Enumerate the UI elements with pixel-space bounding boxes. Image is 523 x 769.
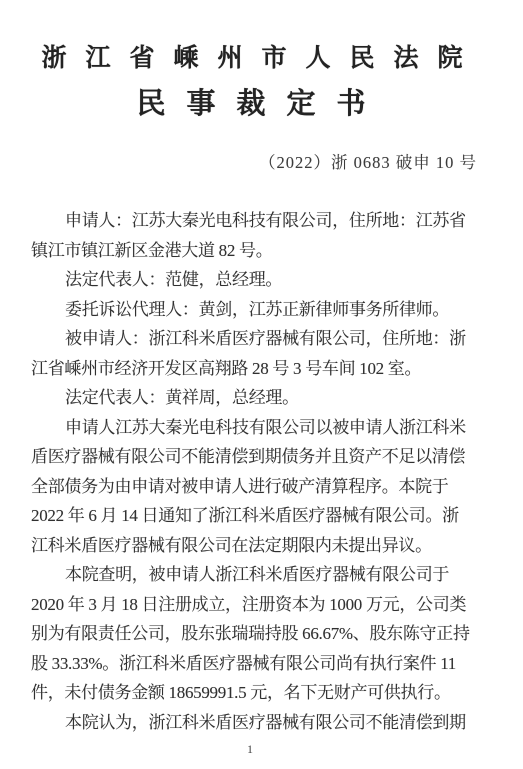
- document-line: 江科米盾医疗器械有限公司在法定期限内未提出异议。: [31, 531, 501, 561]
- document-line: 股 33.33%。浙江科米盾医疗器械有限公司尚有执行案件 11: [31, 649, 501, 679]
- document-line: 申请人江苏大秦光电科技有限公司以被申请人浙江科米: [31, 413, 501, 443]
- document-page: 浙江省嵊州市人民法院 民事裁定书 （2022）浙 0683 破申 10 号 申请…: [0, 0, 523, 769]
- document-line: 申请人：江苏大秦光电科技有限公司，住所地：江苏省: [31, 206, 501, 236]
- document-line: 本院查明，被申请人浙江科米盾医疗器械有限公司于: [31, 560, 501, 590]
- document-type-title: 民事裁定书: [0, 81, 523, 122]
- case-number: （2022）浙 0683 破申 10 号: [0, 149, 523, 173]
- document-line: 别为有限责任公司，股东张瑞瑞持股 66.67%、股东陈守正持: [31, 619, 501, 649]
- page-number: 1: [240, 742, 260, 757]
- document-line: 2022 年 6 月 14 日通知了浙江科米盾医疗器械有限公司。浙: [31, 501, 501, 531]
- court-name-title: 浙江省嵊州市人民法院: [0, 38, 523, 74]
- document-body: 申请人：江苏大秦光电科技有限公司，住所地：江苏省 镇江市镇江新区金港大道 82 …: [31, 206, 501, 737]
- document-line: 件，未付债务金额 18659991.5 元，名下无财产可供执行。: [31, 678, 501, 708]
- document-line: 江省嵊州市经济开发区高翔路 28 号 3 号车间 102 室。: [31, 354, 501, 384]
- document-line: 被申请人：浙江科米盾医疗器械有限公司，住所地：浙: [31, 324, 501, 354]
- document-line: 委托诉讼代理人：黄剑，江苏正新律师事务所律师。: [31, 295, 501, 325]
- document-line: 盾医疗器械有限公司不能清偿到期债务并且资产不足以清偿: [31, 442, 501, 472]
- document-line: 法定代表人：黄祥周，总经理。: [31, 383, 501, 413]
- document-line: 2020 年 3 月 18 日注册成立，注册资本为 1000 万元，公司类: [31, 590, 501, 620]
- document-line: 法定代表人：范健，总经理。: [31, 265, 501, 295]
- document-line: 全部债务为由申请对被申请人进行破产清算程序。本院于: [31, 472, 501, 502]
- document-line: 镇江市镇江新区金港大道 82 号。: [31, 236, 501, 266]
- document-line: 本院认为，浙江科米盾医疗器械有限公司不能清偿到期: [31, 708, 501, 738]
